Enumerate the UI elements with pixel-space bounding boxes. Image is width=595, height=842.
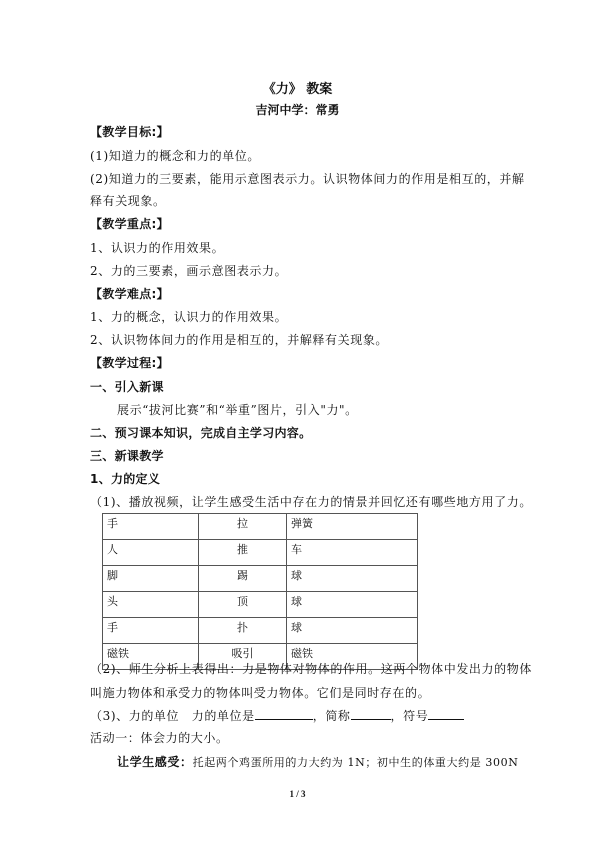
force-examples-table: 手 拉 弹簧 人 推 车 脚 踢 球 头 顶 球 手 扑 球 磁铁 吸引 磁铁 (102, 513, 418, 670)
document-title: 《力》 教案 (0, 78, 595, 97)
page-number: 1 / 3 (0, 789, 595, 799)
section1-heading: 一、引入新课 (90, 378, 164, 395)
section2-heading: 二、预习课本知识，完成自主学习内容。 (90, 424, 311, 441)
unit-name-blank[interactable] (255, 707, 313, 720)
key-point-item: 1、认识力的作用效果。 (90, 239, 224, 256)
unit-short-blank[interactable] (351, 707, 391, 720)
difficulty-item: 2、认识物体间力的作用是相互的，并解释有关现象。 (90, 331, 388, 348)
difficulty-item: 1、力的概念，认识力的作用效果。 (90, 308, 287, 325)
process-heading: 【教学过程:】 (90, 354, 169, 371)
table-cell: 手 (103, 618, 199, 644)
table-row: 脚 踢 球 (103, 566, 418, 592)
table-cell: 弹簧 (287, 514, 418, 540)
key-points-heading: 【教学重点:】 (90, 215, 169, 232)
key-point-item: 2、力的三要素，画示意图表示力。 (90, 262, 287, 279)
table-cell: 球 (287, 592, 418, 618)
table-cell: 拉 (199, 514, 287, 540)
step3-mid1: ，简称 (313, 709, 351, 723)
step3-mid2: ，符号 (391, 709, 429, 723)
table-cell: 车 (287, 540, 418, 566)
feel-label: 让学生感受： (117, 755, 193, 769)
feel-text: 托起两个鸡蛋所用的力大约为 1N；初中生的体重大约是 300N (193, 756, 519, 769)
table-cell: 脚 (103, 566, 199, 592)
objective-item: (1)知道力的概念和力的单位。 (90, 147, 260, 164)
table-cell: 踢 (199, 566, 287, 592)
section3-heading: 三、新课教学 (90, 447, 164, 464)
document-author: 吉河中学：常勇 (0, 101, 595, 118)
step2-line1: （2)、师生分析上表得出：力是物体对物体的作用。这两个物体中发出力的物体 (90, 660, 532, 677)
feel-line: 让学生感受：托起两个鸡蛋所用的力大约为 1N；初中生的体重大约是 300N (117, 753, 518, 770)
unit-symbol-blank[interactable] (428, 707, 464, 720)
step1-text: （1)、播放视频，让学生感受生活中存在力的情景并回忆还有哪些地方用了力。 (90, 493, 532, 510)
table-row: 头 顶 球 (103, 592, 418, 618)
activity1-text: 活动一：体会力的大小。 (90, 729, 229, 746)
table-cell: 球 (287, 618, 418, 644)
section1-text: 展示“拔河比赛”和“举重”图片，引入"力"。 (117, 401, 358, 418)
table-cell: 顶 (199, 592, 287, 618)
objectives-heading: 【教学目标:】 (90, 123, 169, 140)
table-cell: 扑 (199, 618, 287, 644)
step2-line2: 叫施力物体和承受力的物体叫受力物体。它们是同时存在的。 (90, 684, 430, 701)
force-definition-heading: 1、力的定义 (90, 470, 160, 487)
table-cell: 推 (199, 540, 287, 566)
objective-item: (2)知道力的三要素，能用示意图表示力。认识物体间力的作用是相互的，并解 (90, 170, 525, 187)
table-cell: 球 (287, 566, 418, 592)
table-cell: 手 (103, 514, 199, 540)
table-row: 手 拉 弹簧 (103, 514, 418, 540)
step3-line: （3)、力的单位 力的单位是，简称，符号 (90, 707, 464, 724)
table-row: 手 扑 球 (103, 618, 418, 644)
difficulties-heading: 【教学难点:】 (90, 285, 169, 302)
objective-item: 释有关现象。 (90, 192, 166, 209)
step3-prefix: （3)、力的单位 力的单位是 (90, 709, 255, 723)
table-cell: 人 (103, 540, 199, 566)
table-cell: 头 (103, 592, 199, 618)
table-row: 人 推 车 (103, 540, 418, 566)
